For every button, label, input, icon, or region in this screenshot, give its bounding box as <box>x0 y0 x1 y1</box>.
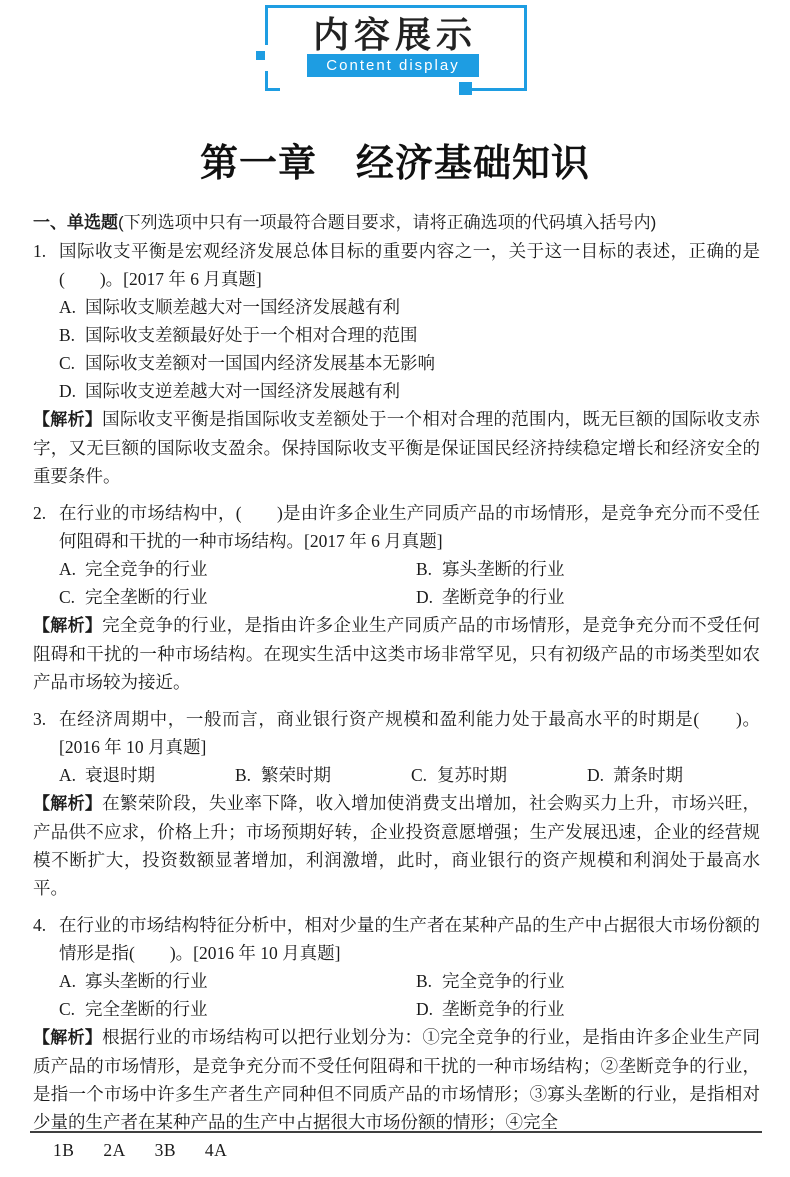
analysis-tag: 【解析】 <box>33 794 102 813</box>
option-label: A. <box>59 555 85 583</box>
option-text: 国际收支逆差越大对一国经济发展越有利 <box>85 377 400 405</box>
section-label: 一、单选题 <box>33 213 118 232</box>
banner-subtitle: Content display <box>307 54 479 77</box>
option-label: C. <box>411 761 437 789</box>
option-label: D. <box>416 995 442 1023</box>
question-block-4: 4. 在行业的市场结构特征分析中，相对少量的生产者在某种产品的生产中占据很大市场… <box>33 911 760 1136</box>
option-row: C.完全垄断的行业 D.垄断竞争的行业 <box>59 583 760 611</box>
option-label: D. <box>416 583 442 611</box>
option-row: A.完全竞争的行业 B.寡头垄断的行业 <box>59 555 760 583</box>
question-block-2: 2. 在行业的市场结构中，( )是由许多企业生产同质产品的市场情形，是竞争充分而… <box>33 499 760 696</box>
option-label: D. <box>59 377 85 405</box>
option-a: A.完全竞争的行业 <box>59 555 416 583</box>
option-label: C. <box>59 995 85 1023</box>
book-page: 内容展示 Content display 第一章 经济基础知识 一、单选题(下列… <box>0 0 790 1177</box>
option-label: B. <box>416 555 442 583</box>
option-label: A. <box>59 293 85 321</box>
answer-key: 1B 2A 3B 4A <box>30 1140 762 1161</box>
option-b: B.寡头垄断的行业 <box>416 555 565 583</box>
analysis-2: 【解析】完全竞争的行业，是指由许多企业生产同质产品的市场情形，是竞争充分而不受任… <box>33 611 760 696</box>
option-label: B. <box>416 967 442 995</box>
section-instruction: (下列选项中只有一项最符合题目要求，请将正确选项的代码填入括号内) <box>118 213 656 232</box>
option-c: C.完全垄断的行业 <box>59 995 416 1023</box>
question-number: 2. <box>33 499 46 527</box>
option-d: D.萧条时期 <box>587 761 760 789</box>
question-number: 1. <box>33 237 46 265</box>
option-text: 完全竞争的行业 <box>85 555 208 583</box>
option-text: 繁荣时期 <box>261 761 331 789</box>
analysis-1: 【解析】国际收支平衡是指国际收支差额处于一个相对合理的范围内，既无巨额的国际收支… <box>33 405 760 490</box>
option-row: C.完全垄断的行业 D.垄断竞争的行业 <box>59 995 760 1023</box>
option-text: 垄断竞争的行业 <box>442 583 565 611</box>
option-d: D.垄断竞争的行业 <box>416 995 565 1023</box>
option-c: C.完全垄断的行业 <box>59 583 416 611</box>
analysis-text: 在繁荣阶段，失业率下降，收入增加使消费支出增加，社会购买力上升，市场兴旺，产品供… <box>33 793 760 898</box>
option-label: B. <box>235 761 261 789</box>
question-block-1: 1. 国际收支平衡是宏观经济发展总体目标的重要内容之一，关于这一目标的表述，正确… <box>33 237 760 490</box>
option-d: D.垄断竞争的行业 <box>416 583 565 611</box>
option-row: A.衰退时期 B.繁荣时期 C.复苏时期 D.萧条时期 <box>59 761 760 789</box>
question-1: 1. 国际收支平衡是宏观经济发展总体目标的重要内容之一，关于这一目标的表述，正确… <box>33 237 760 405</box>
option-text: 衰退时期 <box>85 761 155 789</box>
option-label: C. <box>59 349 85 377</box>
section-header: 一、单选题(下列选项中只有一项最符合题目要求，请将正确选项的代码填入括号内) <box>33 209 760 237</box>
option-a: A.寡头垄断的行业 <box>59 967 416 995</box>
option-text: 完全垄断的行业 <box>85 995 208 1023</box>
question-4: 4. 在行业的市场结构特征分析中，相对少量的生产者在某种产品的生产中占据很大市场… <box>33 911 760 1023</box>
banner: 内容展示 Content display <box>0 0 790 100</box>
banner-frame-bottom-left-corner-horizontal <box>265 88 280 91</box>
answer-item: 2A <box>103 1140 125 1161</box>
option-c: C.复苏时期 <box>411 761 587 789</box>
analysis-tag: 【解析】 <box>33 616 102 635</box>
option-text: 寡头垄断的行业 <box>85 967 208 995</box>
option-c: C.国际收支差额对一国国内经济发展基本无影响 <box>59 349 760 377</box>
analysis-tag: 【解析】 <box>33 1028 102 1047</box>
option-text: 垄断竞争的行业 <box>442 995 565 1023</box>
question-stem: 在行业的市场结构中，( )是由许多企业生产同质产品的市场情形，是竞争充分而不受任… <box>59 499 760 555</box>
answer-item: 1B <box>53 1140 74 1161</box>
question-stem: 在经济周期中，一般而言，商业银行资产规模和盈利能力处于最高水平的时期是( )。[… <box>59 705 760 761</box>
option-label: B. <box>59 321 85 349</box>
question-3: 3. 在经济周期中，一般而言，商业银行资产规模和盈利能力处于最高水平的时期是( … <box>33 705 760 789</box>
option-b: B.繁荣时期 <box>235 761 411 789</box>
analysis-3: 【解析】在繁荣阶段，失业率下降，收入增加使消费支出增加，社会购买力上升，市场兴旺… <box>33 789 760 902</box>
banner-frame-bottom-right-square <box>459 82 472 95</box>
page-content: 一、单选题(下列选项中只有一项最符合题目要求，请将正确选项的代码填入括号内) 1… <box>33 209 760 1136</box>
analysis-4: 【解析】根据行业的市场结构可以把行业划分为：①完全竞争的行业，是指由许多企业生产… <box>33 1023 760 1136</box>
option-text: 复苏时期 <box>437 761 507 789</box>
footer: 1B 2A 3B 4A <box>30 1131 762 1161</box>
analysis-text: 国际收支平衡是指国际收支差额处于一个相对合理的范围内，既无巨额的国际收支赤字，又… <box>33 409 760 486</box>
analysis-text: 根据行业的市场结构可以把行业划分为：①完全竞争的行业，是指由许多企业生产同质产品… <box>33 1027 760 1132</box>
option-label: C. <box>59 583 85 611</box>
option-text: 寡头垄断的行业 <box>442 555 565 583</box>
option-label: A. <box>59 761 85 789</box>
analysis-tag: 【解析】 <box>33 410 102 429</box>
question-number: 4. <box>33 911 46 939</box>
option-text: 萧条时期 <box>613 761 683 789</box>
option-label: A. <box>59 967 85 995</box>
analysis-text: 完全竞争的行业，是指由许多企业生产同质产品的市场情形，是竞争充分而不受任何阻碍和… <box>33 615 760 692</box>
answer-item: 3B <box>155 1140 176 1161</box>
option-label: D. <box>587 761 613 789</box>
chapter-title: 第一章 经济基础知识 <box>0 132 790 187</box>
option-b: B.国际收支差额最好处于一个相对合理的范围 <box>59 321 760 349</box>
option-a: A.国际收支顺差越大对一国经济发展越有利 <box>59 293 760 321</box>
option-text: 完全垄断的行业 <box>85 583 208 611</box>
question-block-3: 3. 在经济周期中，一般而言，商业银行资产规模和盈利能力处于最高水平的时期是( … <box>33 705 760 902</box>
question-2: 2. 在行业的市场结构中，( )是由许多企业生产同质产品的市场情形，是竞争充分而… <box>33 499 760 611</box>
option-text: 国际收支顺差越大对一国经济发展越有利 <box>85 293 400 321</box>
question-number: 3. <box>33 705 46 733</box>
option-text: 国际收支差额对一国国内经济发展基本无影响 <box>85 349 435 377</box>
banner-frame-bottom-right-line <box>470 88 527 91</box>
answer-item: 4A <box>205 1140 227 1161</box>
option-a: A.衰退时期 <box>59 761 235 789</box>
banner-title: 内容展示 <box>0 7 790 58</box>
option-text: 完全竞争的行业 <box>442 967 565 995</box>
question-stem: 国际收支平衡是宏观经济发展总体目标的重要内容之一，关于这一目标的表述，正确的是(… <box>59 237 760 293</box>
question-stem: 在行业的市场结构特征分析中，相对少量的生产者在某种产品的生产中占据很大市场份额的… <box>59 911 760 967</box>
option-d: D.国际收支逆差越大对一国经济发展越有利 <box>59 377 760 405</box>
option-b: B.完全竞争的行业 <box>416 967 565 995</box>
option-row: A.寡头垄断的行业 B.完全竞争的行业 <box>59 967 760 995</box>
option-text: 国际收支差额最好处于一个相对合理的范围 <box>85 321 418 349</box>
